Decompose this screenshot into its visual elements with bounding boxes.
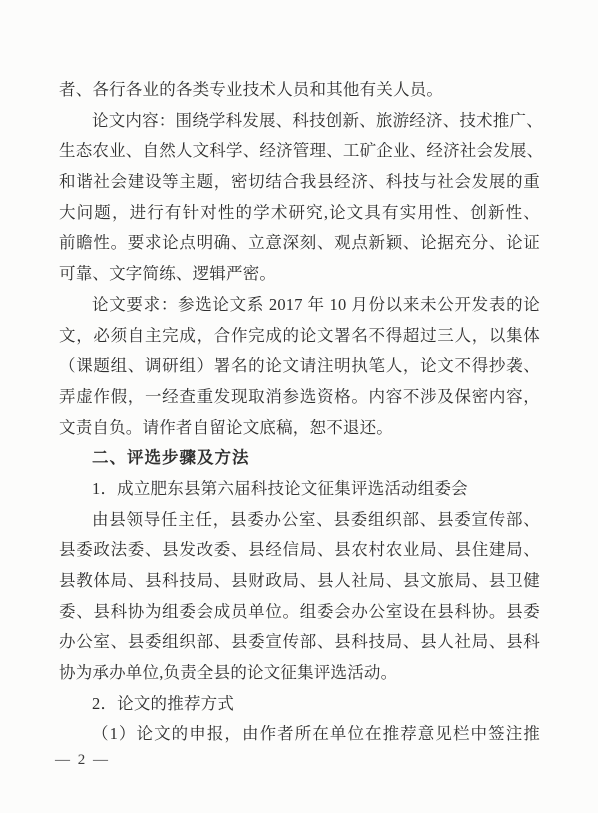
paper-requirements-paragraph-line: （课题组、调研组）署名的论文请注明执笔人，论文不得抄袭、 [59, 351, 540, 382]
committee-paragraph-line: 协为承办单位,负责全县的论文征集评选活动。 [59, 658, 540, 689]
submission-paragraph-line: （1）论文的申报，由作者所在单位在推荐意见栏中签注推 [59, 719, 540, 750]
paragraph-continuation-line: 者、各行各业的各类专业技术人员和其他有关人员。 [59, 75, 540, 106]
numbered-item-1: 1．成立肥东县第六届科技论文征集评选活动组委会 [59, 474, 540, 505]
numbered-item-2: 2．论文的推荐方式 [59, 689, 540, 720]
committee-paragraph-line: 县委政法委、县发改委、县经信局、县农村农业局、县住建局、 [59, 535, 540, 566]
committee-paragraph-line: 办公室、县委组织部、县委宣传部、县科技局、县人社局、县科 [59, 627, 540, 658]
committee-paragraph-line: 县教体局、县科技局、县财政局、县人社局、县文旅局、县卫健 [59, 566, 540, 597]
committee-paragraph-line: 委、县科协为组委会成员单位。组委会办公室设在县科协。县委 [59, 597, 540, 628]
paper-content-paragraph-line: 前瞻性。要求论点明确、立意深刻、观点新颖、论据充分、论证 [59, 228, 540, 259]
section-heading: 二、评选步骤及方法 [59, 443, 540, 474]
committee-paragraph-line: 由县领导任主任，县委办公室、县委组织部、县委宣传部、 [59, 505, 540, 536]
paper-content-paragraph-line: 论文内容：围绕学科发展、科技创新、旅游经济、技术推广、 [59, 106, 540, 137]
paper-requirements-paragraph-line: 文，必须自主完成，合作完成的论文署名不得超过三人，以集体 [59, 321, 540, 352]
paper-requirements-paragraph-line: 弄虚作假，一经查重发现取消参选资格。内容不涉及保密内容， [59, 382, 540, 413]
document-body: 者、各行各业的各类专业技术人员和其他有关人员。 论文内容：围绕学科发展、科技创新… [59, 75, 540, 750]
paper-content-paragraph-line: 大问题，进行有针对性的学术研究,论文具有实用性、创新性、 [59, 198, 540, 229]
document-page: 者、各行各业的各类专业技术人员和其他有关人员。 论文内容：围绕学科发展、科技创新… [0, 0, 598, 813]
paper-content-paragraph-line: 生态农业、自然人文科学、经济管理、工矿企业、经济社会发展、 [59, 136, 540, 167]
paper-requirements-paragraph-line: 文责自负。请作者自留论文底稿，恕不退还。 [59, 413, 540, 444]
paper-content-paragraph-line: 可靠、文字简练、逻辑严密。 [59, 259, 540, 290]
page-number: — 2 — [55, 752, 110, 769]
paper-requirements-paragraph-line: 论文要求：参选论文系 2017 年 10 月份以来未公开发表的论 [59, 290, 540, 321]
paper-content-paragraph-line: 和谐社会建设等主题，密切结合我县经济、科技与社会发展的重 [59, 167, 540, 198]
